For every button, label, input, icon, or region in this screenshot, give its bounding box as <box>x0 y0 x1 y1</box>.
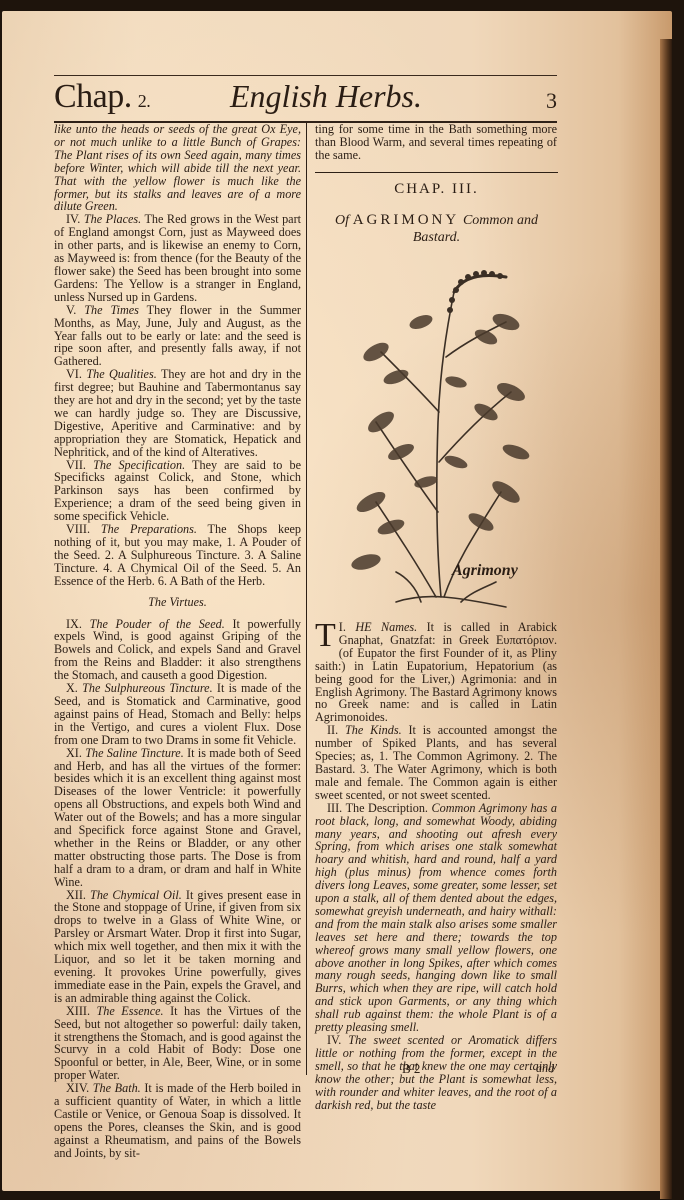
section-number: VII. <box>66 458 86 472</box>
catchword: and <box>536 1061 554 1076</box>
section-text: It is made of the Herb boiled in a suffi… <box>54 1081 301 1160</box>
section-heading: The Description. <box>346 801 428 815</box>
section-number: XIII. <box>66 1004 90 1018</box>
illustration-caption: Agrimony <box>452 562 518 580</box>
section-preparations: VIII. The Preparations. The Shops keep n… <box>54 523 301 588</box>
section-places: IV. The Places. The Red grows in the Wes… <box>54 213 301 303</box>
section-heading: The Chymical Oil. <box>90 888 182 902</box>
paragraph-text: ting for some time in the Bath something… <box>315 123 557 162</box>
section-text: They are hot and dry in the first degree… <box>54 367 301 458</box>
section-heading: The Essence. <box>97 1004 164 1018</box>
section-heading: The Saline Tincture. <box>85 746 184 760</box>
section-number: IV. <box>327 1033 341 1047</box>
section-number: XI. <box>66 746 82 760</box>
drop-cap: T <box>315 623 336 649</box>
column-divider <box>306 123 307 1075</box>
signature-mark: B 2 <box>402 1061 420 1077</box>
section-sweet-scented: IV. The sweet scented or Aromatick diffe… <box>315 1034 557 1111</box>
section-sulphureous-tincture: X. The Sulphureous Tincture. It is made … <box>54 682 301 747</box>
chapter-label-text: Chap. <box>54 78 132 115</box>
section-number: XIV. <box>66 1081 89 1095</box>
section-qualities: VI. The Qualities. They are hot and dry … <box>54 368 301 458</box>
chapter-subheading: Of AGRIMONY Common and Bastard. <box>315 212 558 246</box>
section-number: II. <box>327 723 338 737</box>
section-heading: The Kinds. <box>345 723 402 737</box>
section-text: It is made both of Seed and Herb, and ha… <box>54 746 301 889</box>
chapter-heading: CHAP. III. <box>315 181 558 198</box>
chapter-sub-of: Of <box>335 213 349 228</box>
section-number: VIII. <box>66 522 90 536</box>
section-heading: The Bath. <box>93 1081 141 1095</box>
chapter-label: Chap.2. <box>54 78 150 116</box>
right-column-body: I. THE Names. It is called in Arabick Gn… <box>315 621 557 1111</box>
section-heading: The Sulphureous Tincture. <box>82 681 213 695</box>
left-column: like unto the heads or seeds of the grea… <box>54 123 301 1160</box>
running-title: English Herbs. <box>230 78 422 115</box>
virtues-heading: The Virtues. <box>54 596 301 609</box>
section-text: It has the Virtues of the Seed, but not … <box>54 1004 301 1083</box>
section-heading: The sweet scented or Aromatick <box>348 1033 519 1047</box>
section-heading: The Specification. <box>93 458 185 472</box>
section-bath: XIV. The Bath. It is made of the Herb bo… <box>54 1082 301 1159</box>
section-specification: VII. The Specification. They are said to… <box>54 459 301 524</box>
section-number: XII. <box>66 888 86 902</box>
section-pouder: IX. The Pouder of the Seed. It powerfull… <box>54 618 301 683</box>
section-number: I. <box>339 620 346 634</box>
chapter-number: 2. <box>138 91 151 111</box>
paragraph-continuation: like unto the heads or seeds of the grea… <box>54 123 301 213</box>
section-number: III. <box>327 801 342 815</box>
section-text: Common Agrimony has a root black, long, … <box>315 801 557 1034</box>
section-rule <box>315 172 558 173</box>
section-heading: The Preparations. <box>101 522 197 536</box>
section-text: It gives present ease in the Stone and s… <box>54 888 301 1005</box>
paragraph-text: like unto the heads or seeds of the grea… <box>54 122 301 213</box>
section-text: It is called in Arabick Gnaphat, Gnatzfa… <box>315 620 557 724</box>
section-essence: XIII. The Essence. It has the Virtues of… <box>54 1005 301 1082</box>
section-heading: The Places. <box>84 212 141 226</box>
section-chymical-oil: XII. The Chymical Oil. It gives present … <box>54 889 301 1005</box>
section-description: III. The Description. Common Agrimony ha… <box>315 802 557 1034</box>
section-names: I. THE Names. It is called in Arabick Gn… <box>315 621 557 724</box>
page-edge-shadow <box>660 39 672 1199</box>
chapter-sub-main: AGRIMONY <box>353 212 460 228</box>
section-number: IX. <box>66 617 82 631</box>
header-rule-top <box>54 75 557 76</box>
section-number: IV. <box>66 212 80 226</box>
section-heading: The Times <box>84 303 139 317</box>
section-heading: HE Names. <box>355 620 417 634</box>
section-saline-tincture: XI. The Saline Tincture. It is made both… <box>54 747 301 889</box>
section-kinds: II. The Kinds. It is accounted amongst t… <box>315 724 557 801</box>
section-number: V. <box>66 303 76 317</box>
section-heading: The Pouder of the Seed. <box>90 617 225 631</box>
section-number: X. <box>66 681 78 695</box>
page-number: 3 <box>546 88 557 114</box>
right-column-continuation: ting for some time in the Bath something… <box>315 123 557 162</box>
section-number: VI. <box>66 367 82 381</box>
section-times: V. The Times They flower in the Summer M… <box>54 304 301 369</box>
section-heading: The Qualities. <box>86 367 156 381</box>
section-text: The Red grows in the West part of Englan… <box>54 212 301 303</box>
